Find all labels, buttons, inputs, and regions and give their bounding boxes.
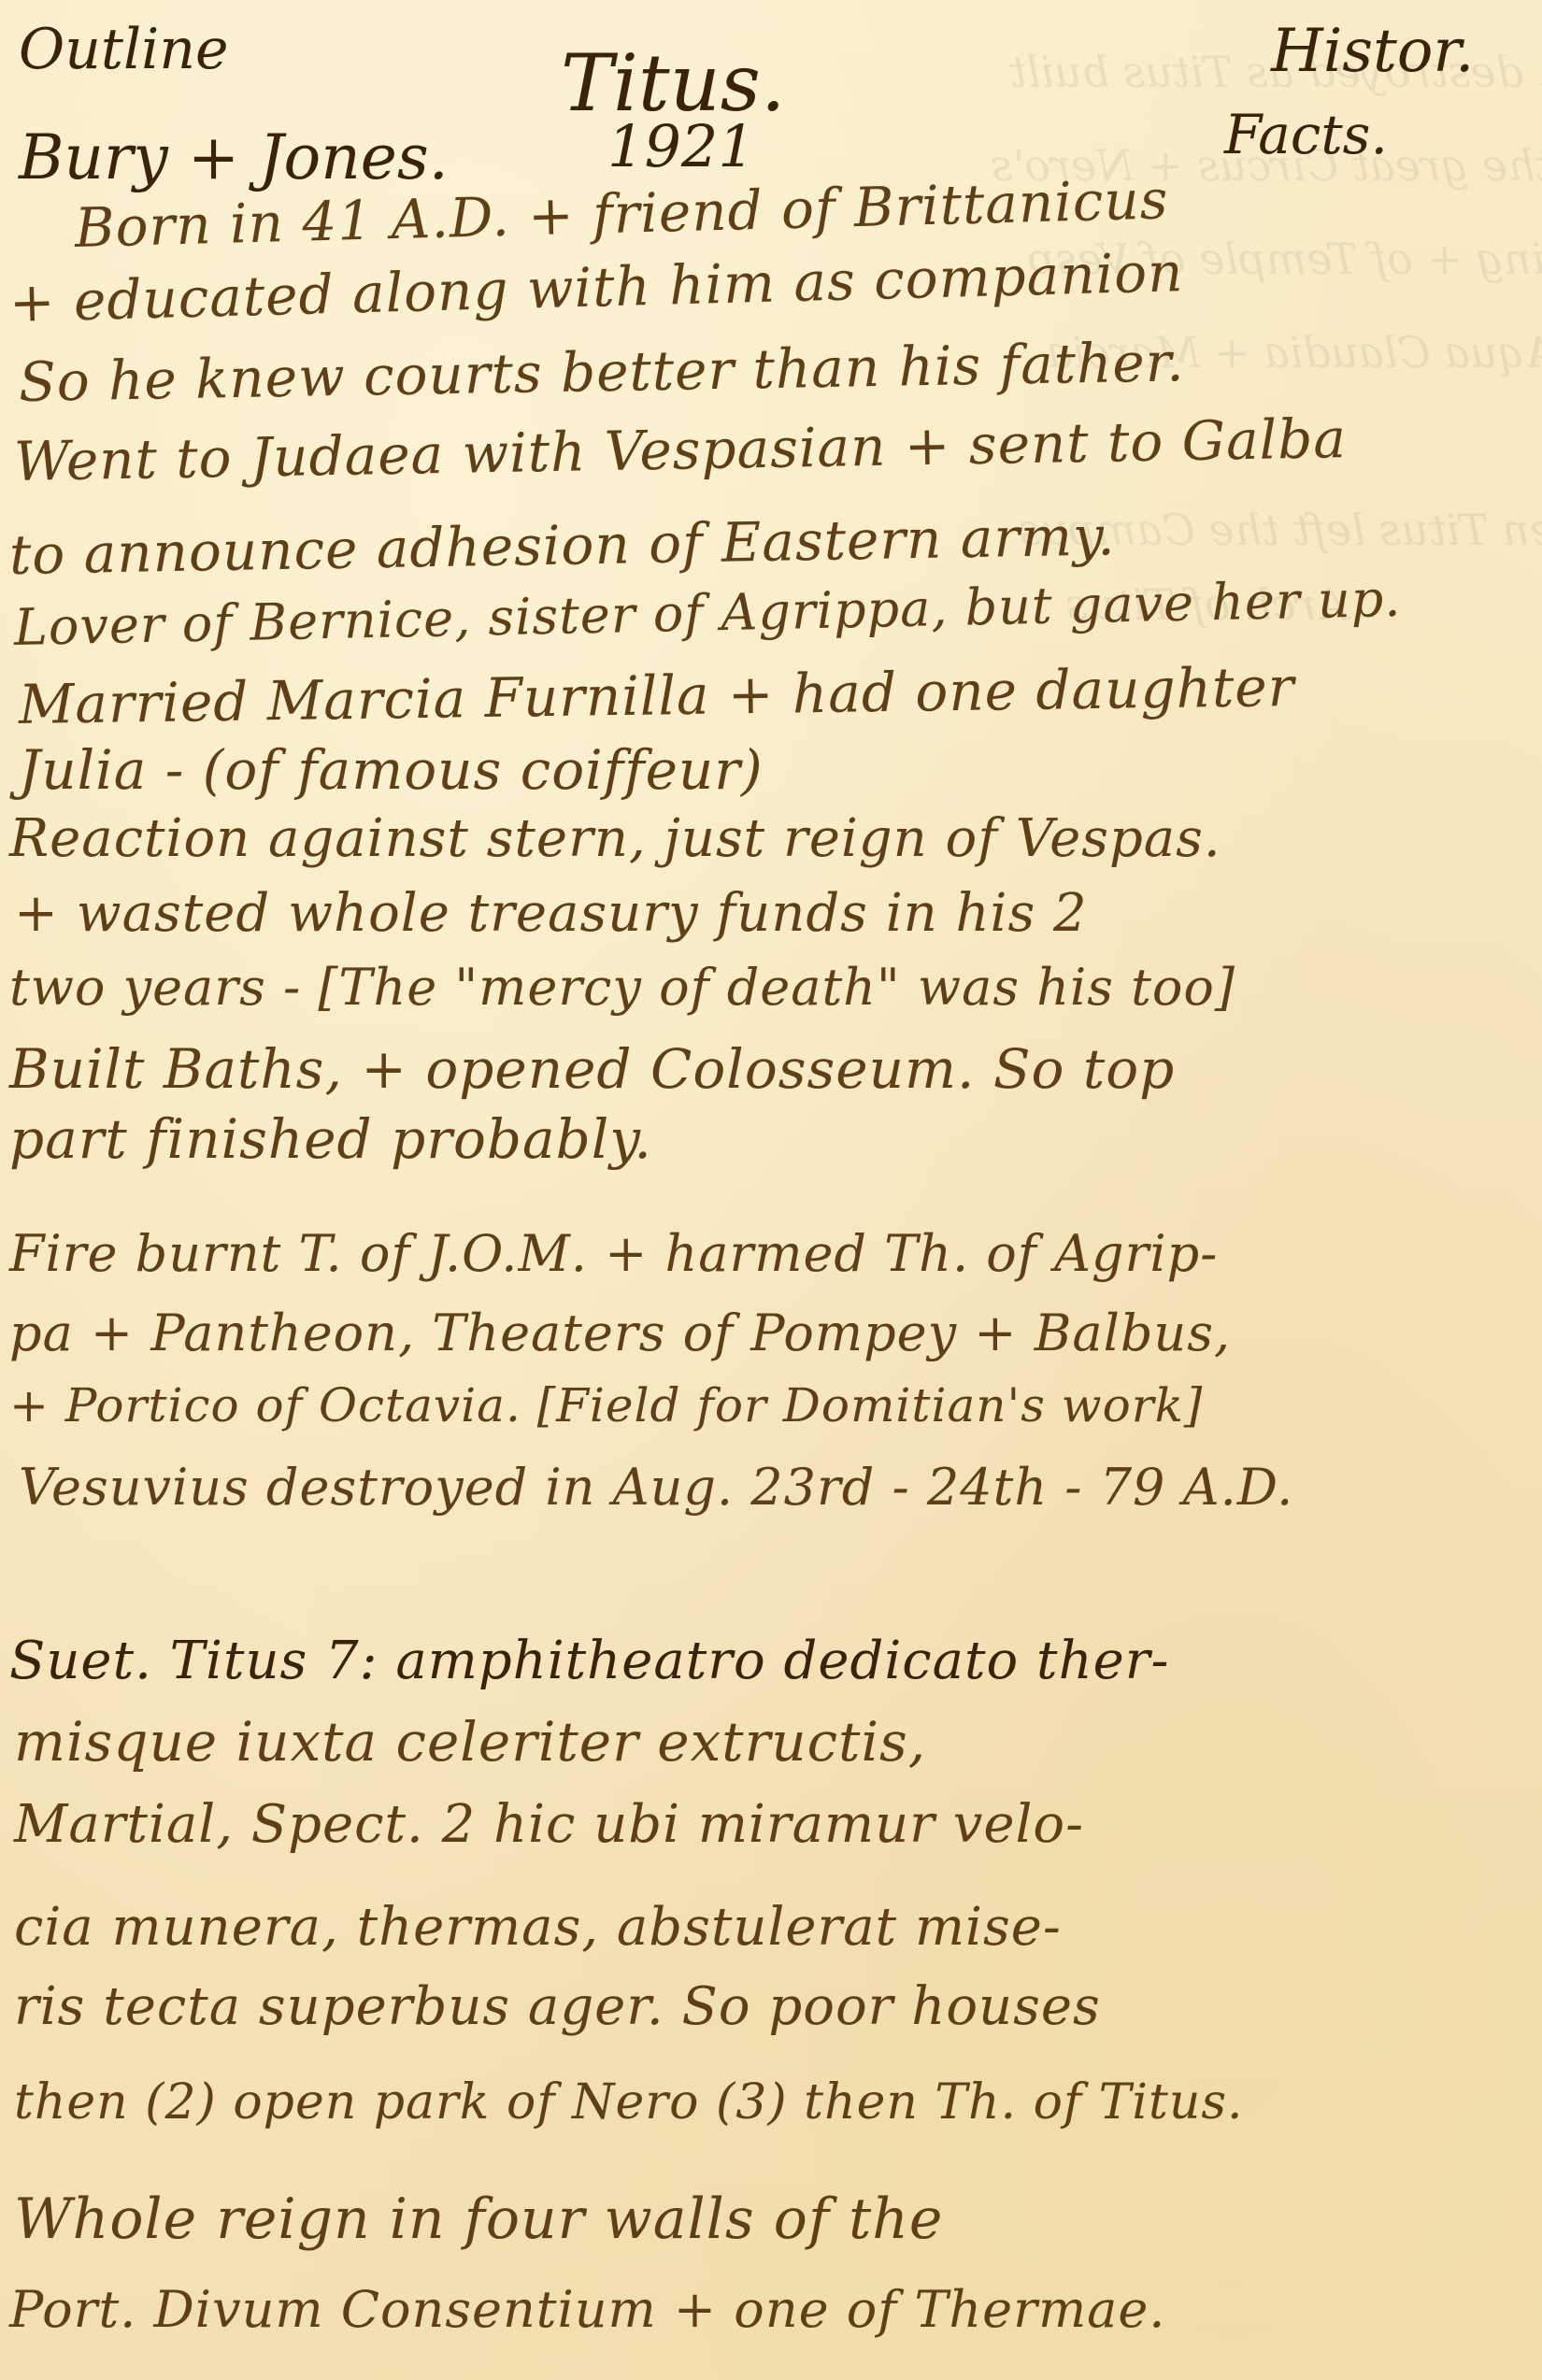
quote-line: then (2) open park of Nero (3) then Th. … — [14, 2074, 1244, 2131]
note-line: Went to Judaea with Vespasian + sent to … — [13, 406, 1347, 493]
subject-label: Histor. — [1271, 17, 1474, 86]
quote-line: Suet. Titus 7: amphitheatro dedicato the… — [9, 1631, 1169, 1691]
notebook-page: Vespas. destroyed as Titus built Circus … — [0, 0, 1542, 2380]
quote-line: Martial, Spect. 2 hic ubi miramur velo- — [14, 1794, 1084, 1855]
note-line: two years - [The "mercy of death" was hi… — [9, 958, 1235, 1017]
source-reference: Bury + Jones. — [19, 121, 449, 193]
note-line: part finished probably. — [9, 1107, 652, 1171]
note-line: pa + Pantheon, Theaters of Pompey + Balb… — [9, 1304, 1231, 1362]
note-line: + Portico of Octavia. [Field for Domitia… — [9, 1378, 1203, 1432]
note-line: Julia - (of famous coiffeur) — [19, 738, 764, 802]
quote-line: Port. Divum Consentium + one of Thermae. — [9, 2280, 1165, 2339]
quote-line: Whole reign in four walls of the — [14, 2187, 943, 2252]
note-line: So he knew courts better than his father… — [18, 330, 1185, 414]
source-year: 1921 — [607, 112, 755, 180]
quote-line: misque iuxta celeriter extructis, — [14, 1710, 926, 1774]
note-line: Vesuvius destroyed in Aug. 23rd - 24th -… — [19, 1458, 1293, 1517]
note-line: to announce adhesion of Eastern army. — [8, 504, 1116, 587]
note-line: Built Baths, + opened Colosseum. So top — [9, 1037, 1175, 1101]
note-line: Fire burnt T. of J.O.M. + harmed Th. of … — [9, 1224, 1218, 1283]
note-line: + wasted whole treasury funds in his 2 — [14, 883, 1088, 944]
quote-line: cia munera, thermas, abstulerat mise- — [14, 1897, 1062, 1958]
note-line: Reaction against stern, just reign of Ve… — [9, 808, 1221, 869]
facts-label: Facts. — [1224, 103, 1388, 166]
note-line: Married Marcia Furnilla + had one daught… — [19, 655, 1295, 736]
outline-label: Outline — [19, 17, 228, 82]
quote-line: ris tecta superbus ager. So poor houses — [14, 1976, 1101, 2037]
